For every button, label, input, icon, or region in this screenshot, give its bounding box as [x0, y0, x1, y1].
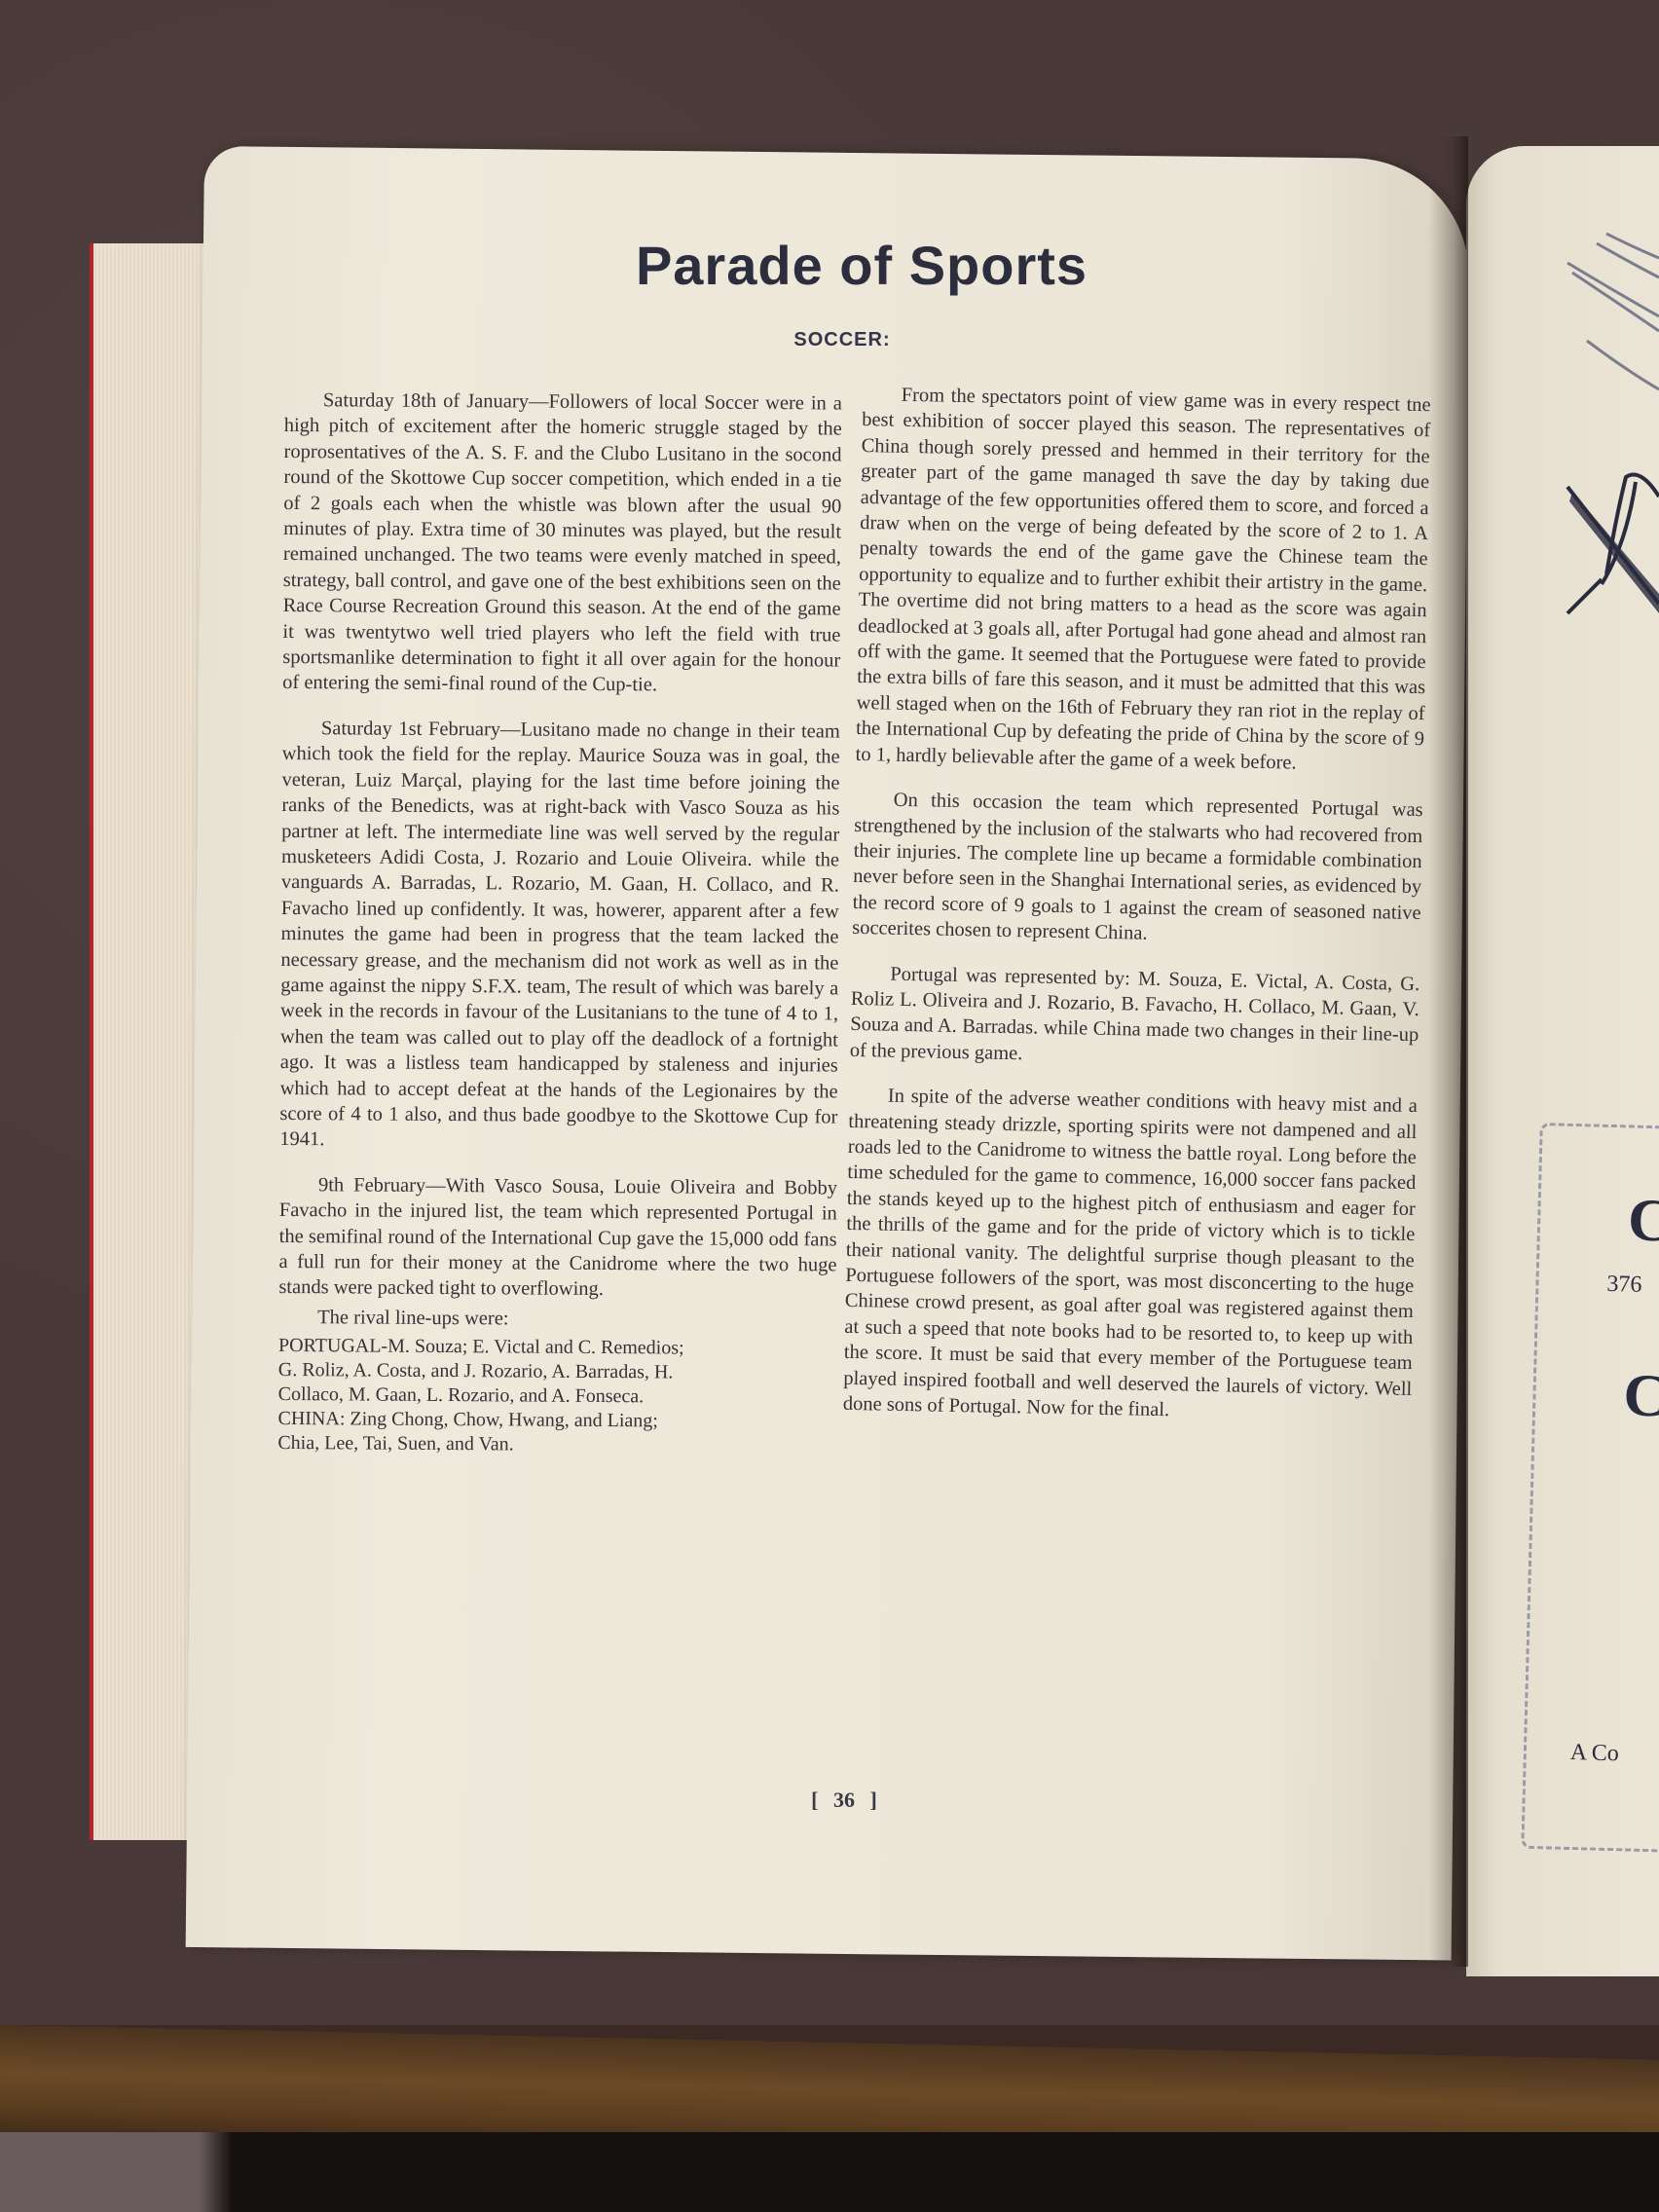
page-title: Parade of Sports	[584, 234, 1139, 297]
ad-heading-letter: C	[1627, 1186, 1659, 1256]
lineup-line: Collaco, M. Gaan, L. Rozario, and A. Fon…	[278, 1382, 836, 1410]
ad-address-number: 376	[1606, 1272, 1642, 1299]
paragraph-spectators: From the spectators point of view game w…	[855, 382, 1430, 778]
ad-heading-letter-2: C	[1623, 1361, 1659, 1431]
book-gutter	[1429, 136, 1468, 1967]
right-column: From the spectators point of view game w…	[842, 382, 1431, 1447]
advertisement-box: C 376 C A Co	[1521, 1123, 1659, 1853]
paragraph-jan-18: Saturday 18th of January—Followers of lo…	[282, 387, 842, 699]
paragraph-feb-9: 9th February—With Vasco Sousa, Louie Oli…	[278, 1172, 837, 1305]
lineup-line: G. Roliz, A. Costa, and J. Rozario, A. B…	[278, 1358, 836, 1385]
lineups-list: PORTUGAL-M. Souza; E. Victal and C. Reme…	[277, 1334, 836, 1458]
left-column: Saturday 18th of January—Followers of lo…	[277, 387, 842, 1459]
section-heading: SOCCER:	[759, 329, 925, 351]
lineup-line: CHINA: Zing Chong, Chow, Hwang, and Lian…	[277, 1407, 835, 1434]
bird-illustration-icon	[1558, 224, 1659, 633]
paragraph-occasion: On this occasion the team which represen…	[852, 787, 1423, 952]
lineups-intro: The rival line-ups were:	[278, 1305, 836, 1334]
lineup-line: PORTUGAL-M. Souza; E. Victal and C. Reme…	[278, 1334, 836, 1361]
paragraph-portugal-lineup: Portugal was represented by: M. Souza, E…	[850, 960, 1420, 1074]
lineup-line: Chia, Lee, Tai, Suen, and Van.	[277, 1431, 835, 1458]
floor	[0, 2132, 1659, 2212]
paragraph-feb-1: Saturday 1st February—Lusitano made no c…	[279, 716, 840, 1156]
paragraph-weather: In spite of the adverse weather conditio…	[843, 1083, 1418, 1427]
ad-footer-text: A Co	[1569, 1740, 1619, 1767]
page-number: [ 36 ]	[791, 1788, 898, 1813]
